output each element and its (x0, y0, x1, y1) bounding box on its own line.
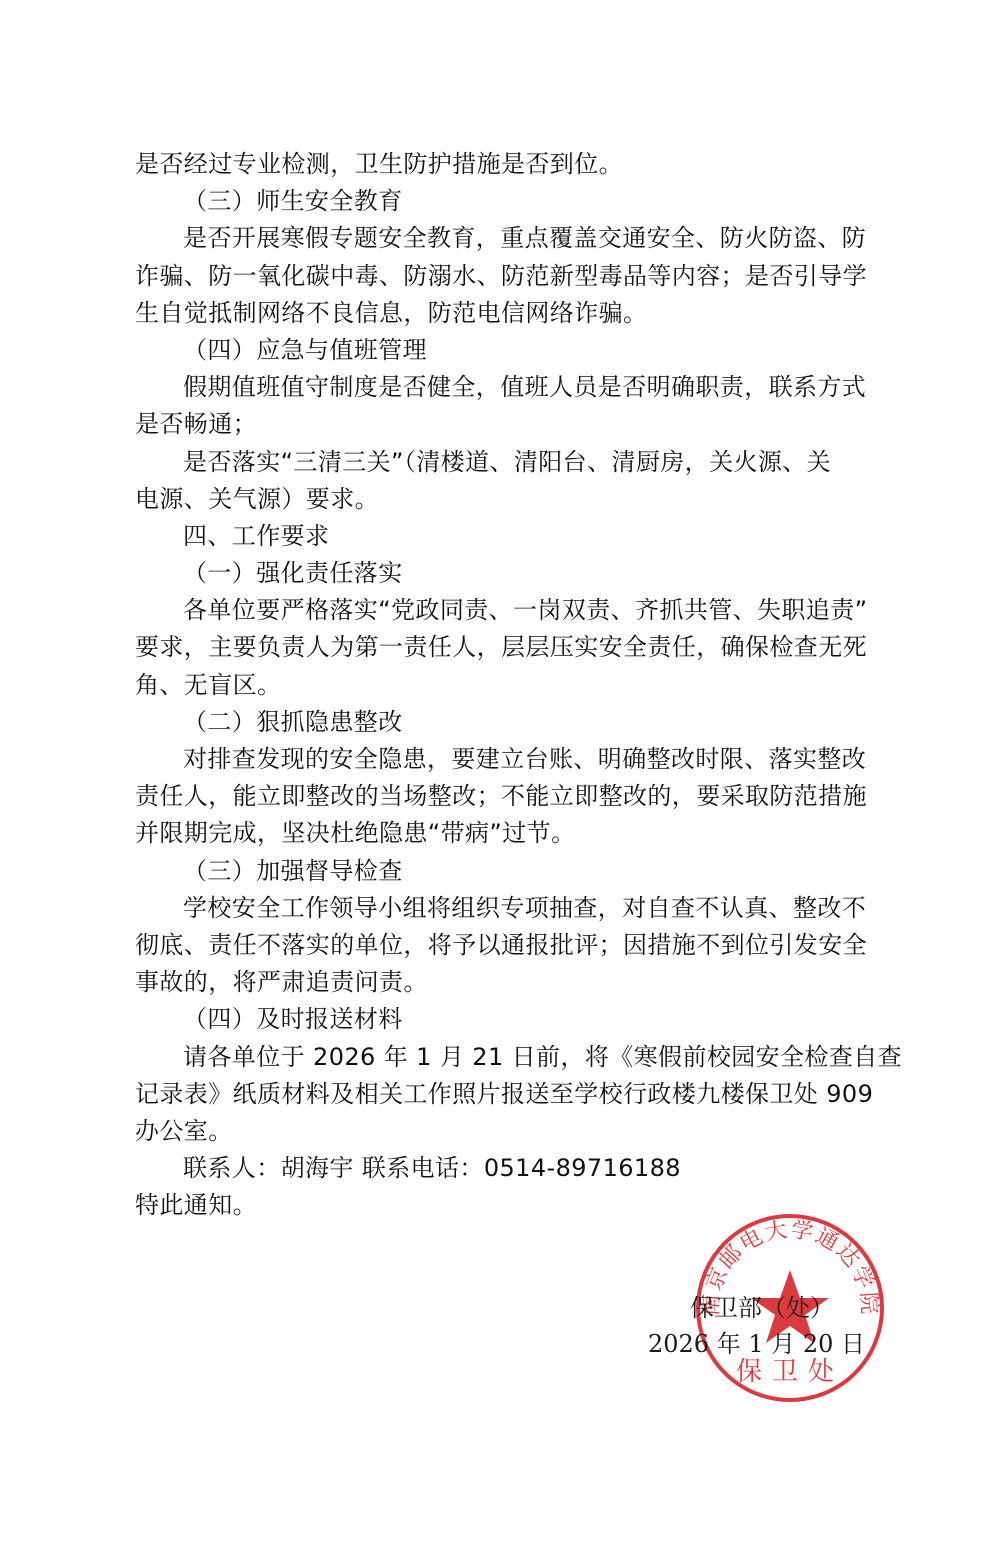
text-line: 请各单位于 2026 年 1 月 21 日前，将《寒假前校园安全检查自查 (135, 1039, 855, 1076)
section-heading: （三）师生安全教育 (135, 183, 855, 220)
text-line: 假期值班值守制度是否健全，值班人员是否明确职责，联系方式 (135, 369, 855, 406)
section-heading: （三）加强督导检查 (135, 853, 855, 890)
text-line: 角、无盲区。 (135, 667, 855, 704)
text-line: 电源、关气源）要求。 (135, 481, 855, 518)
section-heading: （一）强化责任落实 (135, 555, 855, 592)
section-heading: （四）及时报送材料 (135, 1001, 855, 1038)
text-line: 生自觉抵制网络不良信息，防范电信网络诈骗。 (135, 295, 855, 332)
text-line: 责任人，能立即整改的当场整改；不能立即整改的，要采取防范措施 (135, 778, 855, 815)
text-line: 事故的，将严肃追责问责。 (135, 964, 855, 1001)
signing-department: 保卫部（处） (690, 1290, 834, 1326)
text-line: 诈骗、防一氧化碳中毒、防溺水、防范新型毒品等内容；是否引导学 (135, 258, 855, 295)
text-line: 记录表》纸质材料及相关工作照片报送至学校行政楼九楼保卫处 909 (135, 1076, 855, 1113)
document-page: 是否经过专业检测，卫生防护措施是否到位。 （三）师生安全教育 是否开展寒假专题安… (0, 0, 999, 1545)
text-line: 学校安全工作领导小组将组织专项抽查，对自查不认真、整改不 (135, 890, 855, 927)
section-heading: （二）狠抓隐患整改 (135, 704, 855, 741)
text-line: 对排查发现的安全隐患，要建立台账、明确整改时限、落实整改 (135, 741, 855, 778)
contact-line: 联系人：胡海宇 联系电话：0514-89716188 (135, 1150, 855, 1187)
text-line: 是否经过专业检测，卫生防护措施是否到位。 (135, 146, 855, 183)
text-line: 各单位要严格落实“党政同责、一岗双责、齐抓共管、失职追责” (135, 592, 855, 629)
text-line: 彻底、责任不落实的单位，将予以通报批评；因措施不到位引发安全 (135, 927, 855, 964)
text-line: 并限期完成，坚决杜绝隐患“带病”过节。 (135, 815, 855, 852)
text-line: 要求，主要负责人为第一责任人，层层压实安全责任，确保检查无死 (135, 629, 855, 666)
signing-date: 2026 年 1 月 20 日 (648, 1326, 865, 1362)
section-heading: （四）应急与值班管理 (135, 332, 855, 369)
text-line: 办公室。 (135, 1113, 855, 1150)
text-line: 是否畅通； (135, 406, 855, 443)
document-body: 是否经过专业检测，卫生防护措施是否到位。 （三）师生安全教育 是否开展寒假专题安… (135, 146, 855, 1224)
chapter-heading: 四、工作要求 (135, 518, 855, 555)
text-line: 是否落实“三清三关”（清楼道、清阳台、清厨房，关火源、关 (135, 444, 855, 481)
text-line: 是否开展寒假专题安全教育，重点覆盖交通安全、防火防盗、防 (135, 220, 855, 257)
